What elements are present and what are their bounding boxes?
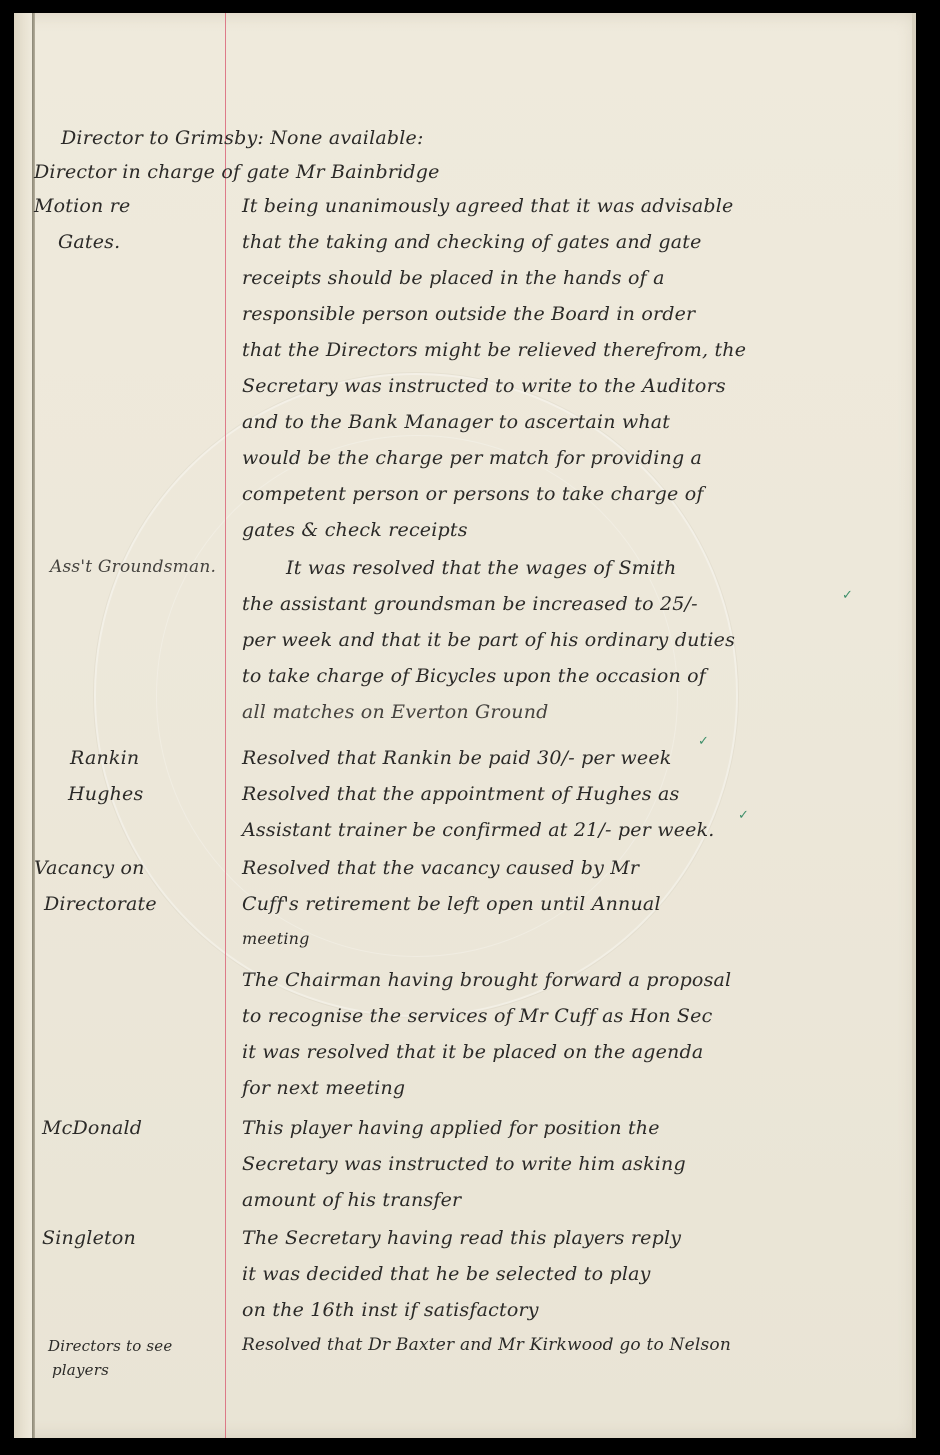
minute-line: gates & check receipts [242, 521, 468, 540]
check-mark-icon: ✓ [698, 735, 709, 748]
minute-line: receipts should be placed in the hands o… [242, 269, 665, 288]
minute-line: Resolved that Dr Baxter and Mr Kirkwood … [242, 1337, 731, 1354]
minute-line: that the taking and checking of gates an… [242, 233, 702, 252]
minute-line: on the 16th inst if satisfactory [242, 1301, 539, 1320]
margin-note-mcdonald: McDonald [42, 1119, 142, 1138]
minute-line: to recognise the services of Mr Cuff as … [242, 1007, 712, 1026]
margin-note-directors-to-see: Directors to see [48, 1339, 172, 1354]
margin-note-gates: Gates. [58, 233, 120, 252]
header-line-gate: Director in charge of gate Mr Bainbridge [34, 163, 440, 182]
minute-line: The Secretary having read this players r… [242, 1229, 681, 1248]
margin-note-directorate: Directorate [44, 895, 157, 914]
check-mark-icon: ✓ [738, 809, 749, 822]
minute-line: Secretary was instructed to write to the… [242, 377, 726, 396]
page-binding-line [32, 13, 35, 1438]
minute-line: amount of his transfer [242, 1191, 461, 1210]
minute-line: it was decided that he be selected to pl… [242, 1265, 651, 1284]
minute-line: Assistant trainer be confirmed at 21/- p… [242, 821, 715, 840]
minute-line: the assistant groundsman be increased to… [242, 595, 698, 614]
minute-line: responsible person outside the Board in … [242, 305, 695, 324]
margin-note-groundsman: Ass't Groundsman. [50, 559, 216, 576]
minute-line: Cuff's retirement be left open until Ann… [242, 895, 661, 914]
margin-note-motion: Motion re [34, 197, 130, 216]
minute-line: Resolved that the appointment of Hughes … [242, 785, 679, 804]
ledger-page: Director to Grimsby: None available: Dir… [14, 13, 916, 1438]
minute-line: that the Directors might be relieved the… [242, 341, 746, 360]
minute-line: for next meeting [242, 1079, 405, 1098]
minute-line: Secretary was instructed to write him as… [242, 1155, 686, 1174]
minute-line: The Chairman having brought forward a pr… [242, 971, 731, 990]
margin-note-hughes: Hughes [68, 785, 143, 804]
minute-line: to take charge of Bicycles upon the occa… [242, 667, 706, 686]
margin-rule-line [225, 13, 226, 1438]
margin-note-vacancy: Vacancy on [34, 859, 145, 878]
header-line-grimsby: Director to Grimsby: None available: [61, 129, 424, 148]
minute-line: Resolved that the vacancy caused by Mr [242, 859, 639, 878]
margin-note-players: players [52, 1363, 109, 1378]
minute-line: competent person or persons to take char… [242, 485, 704, 504]
page-right-edge [912, 13, 916, 1438]
minute-line: This player having applied for position … [242, 1119, 660, 1138]
margin-note-rankin: Rankin [70, 749, 139, 768]
minute-line: and to the Bank Manager to ascertain wha… [242, 413, 670, 432]
minute-line: meeting [242, 931, 310, 947]
minute-line: It being unanimously agreed that it was … [242, 197, 733, 216]
minute-line: would be the charge per match for provid… [242, 449, 702, 468]
margin-note-singleton: Singleton [42, 1229, 136, 1248]
minute-line: per week and that it be part of his ordi… [242, 631, 735, 650]
minute-line: it was resolved that it be placed on the… [242, 1043, 703, 1062]
check-mark-icon: ✓ [842, 589, 853, 602]
minute-line: all matches on Everton Ground [242, 703, 549, 722]
minute-line: Resolved that Rankin be paid 30/- per we… [242, 749, 672, 768]
watermark-seal [94, 373, 738, 1017]
page-binding-edge [14, 13, 32, 1438]
minute-line: It was resolved that the wages of Smith [286, 559, 676, 578]
